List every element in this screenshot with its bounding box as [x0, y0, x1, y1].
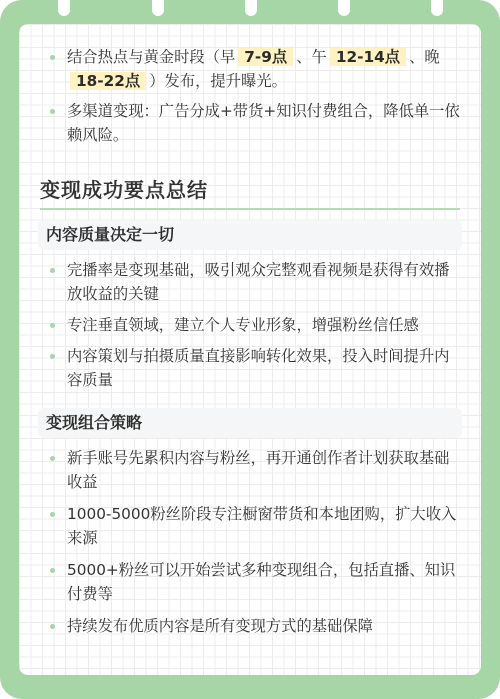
binder-tab	[431, 0, 443, 16]
title-divider	[40, 208, 460, 210]
notebook-frame: 结合热点与黄金时段（早7-9点、午12-14点、晚18-22点）发布，提升曝光。…	[0, 0, 500, 699]
text-segment: ）发布，提升曝光。	[149, 72, 287, 90]
list-item: 完播率是变现基础，吸引观众完整观看视频是获得有效播放收益的关键	[19, 258, 481, 306]
list-item-text: 持续发布优质内容是所有变现方式的基础保障	[67, 617, 373, 635]
bullet-dot-icon	[50, 323, 55, 328]
list-item-text: 专注垂直领域，建立个人专业形象，增强粉丝信任感	[67, 316, 419, 334]
list-item-text: 1000-5000粉丝阶段专注橱窗带货和本地团购，扩大收入来源	[67, 505, 456, 547]
list-item: 内容策划与拍摄质量直接影响转化效果，投入时间提升内容质量	[19, 344, 481, 392]
binder-tab	[245, 0, 257, 16]
summary-title: 变现成功要点总结	[40, 174, 208, 203]
bullet-dot-icon	[50, 55, 55, 60]
bullet-dot-icon	[50, 512, 55, 517]
binder-tab	[152, 0, 164, 16]
monetization-strategy-list: 新手账号先累积内容与粉丝，再开通创作者计划获取基础收益 1000-5000粉丝阶…	[19, 446, 481, 638]
list-item-text: 完播率是变现基础，吸引观众完整观看视频是获得有效播放收益的关键	[67, 261, 449, 303]
highlight-morning-time: 7-9点	[238, 48, 293, 66]
binder-tab	[58, 0, 70, 16]
list-item: 专注垂直领域，建立个人专业形象，增强粉丝信任感	[19, 313, 481, 337]
intro-list: 结合热点与黄金时段（早7-9点、午12-14点、晚18-22点）发布，提升曝光。…	[19, 45, 481, 147]
section-heading-content-quality: 内容质量决定一切	[38, 220, 462, 250]
text-segment: 、午	[296, 48, 327, 66]
list-item-text: 内容策划与拍摄质量直接影响转化效果，投入时间提升内容质量	[67, 347, 449, 389]
list-item-text: 多渠道变现：广告分成+带货+知识付费组合，降低单一依赖风险。	[67, 102, 460, 144]
section-heading-monetization-strategy: 变现组合策略	[38, 408, 462, 438]
list-item-text: 5000+粉丝可以开始尝试多种变现组合，包括直播、知识付费等	[67, 561, 455, 603]
binder-tab	[338, 0, 350, 16]
list-item: 1000-5000粉丝阶段专注橱窗带货和本地团购，扩大收入来源	[19, 502, 481, 550]
list-item-text: 新手账号先累积内容与粉丝，再开通创作者计划获取基础收益	[67, 449, 449, 491]
text-segment: 、晚	[409, 48, 440, 66]
list-item: 5000+粉丝可以开始尝试多种变现组合，包括直播、知识付费等	[19, 558, 481, 606]
bullet-dot-icon	[50, 109, 55, 114]
list-item-multichannel: 多渠道变现：广告分成+带货+知识付费组合，降低单一依赖风险。	[19, 99, 481, 147]
highlight-evening-time: 18-22点	[70, 72, 146, 90]
list-item-publish-time: 结合热点与黄金时段（早7-9点、午12-14点、晚18-22点）发布，提升曝光。	[19, 45, 481, 93]
list-item: 持续发布优质内容是所有变现方式的基础保障	[19, 614, 481, 638]
text-segment: 结合热点与黄金时段（早	[67, 48, 235, 66]
bullet-dot-icon	[50, 268, 55, 273]
highlight-noon-time: 12-14点	[330, 48, 406, 66]
bullet-dot-icon	[50, 456, 55, 461]
bullet-dot-icon	[50, 568, 55, 573]
content-quality-list: 完播率是变现基础，吸引观众完整观看视频是获得有效播放收益的关键 专注垂直领域，建…	[19, 258, 481, 392]
bullet-dot-icon	[50, 624, 55, 629]
bullet-dot-icon	[50, 354, 55, 359]
list-item: 新手账号先累积内容与粉丝，再开通创作者计划获取基础收益	[19, 446, 481, 494]
grid-paper-card: 结合热点与黄金时段（早7-9点、午12-14点、晚18-22点）发布，提升曝光。…	[19, 24, 481, 675]
